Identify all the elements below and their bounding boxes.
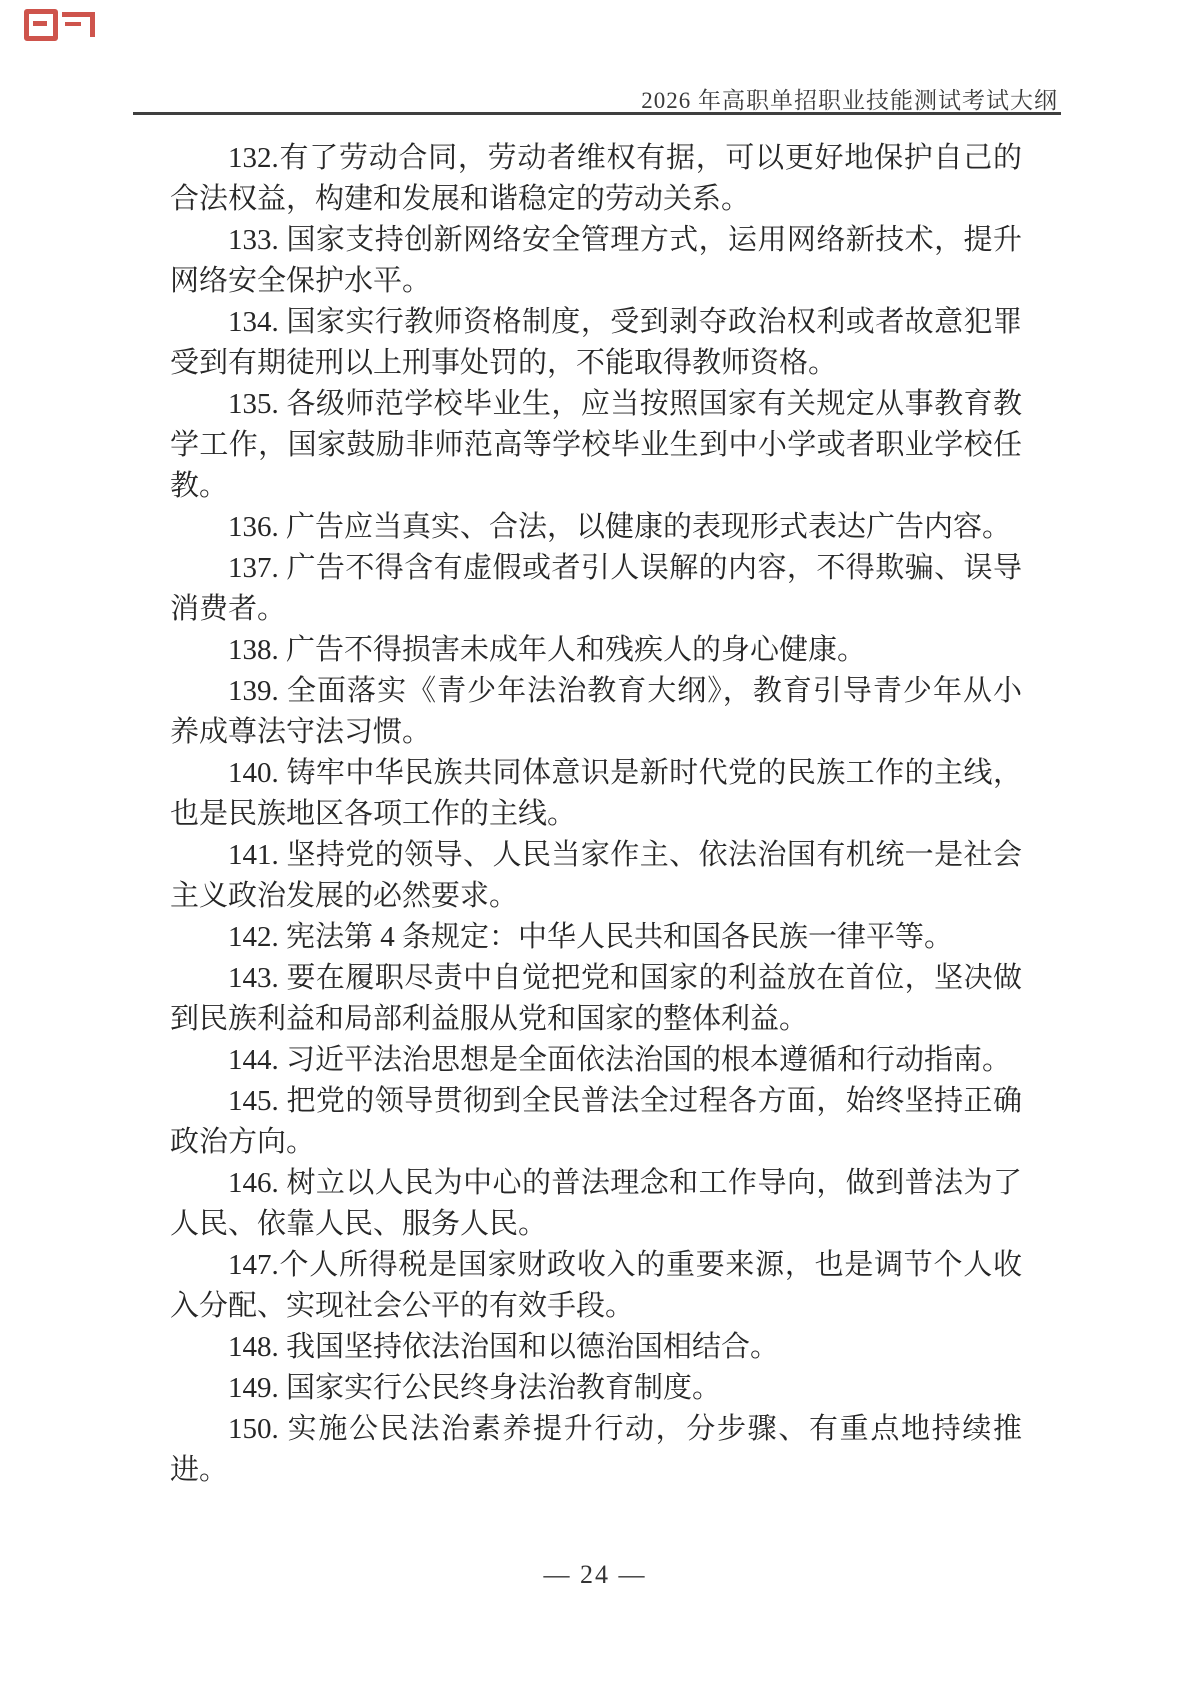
list-item: 141. 坚持党的领导、人民当家作主、依法治国有机统一是社会主义政治发展的必然要…: [170, 835, 1022, 917]
list-item: 139. 全面落实《青少年法治教育大纲》，教育引导青少年从小养成尊法守法习惯。: [170, 671, 1022, 753]
list-item: 134. 国家实行教师资格制度，受到剥夺政治权利或者故意犯罪受到有期徒刑以上刑事…: [170, 302, 1022, 384]
list-item: 145. 把党的领导贯彻到全民普法全过程各方面，始终坚持正确政治方向。: [170, 1081, 1022, 1163]
list-item: 144. 习近平法治思想是全面依法治国的根本遵循和行动指南。: [170, 1040, 1022, 1081]
list-item: 146. 树立以人民为中心的普法理念和工作导向，做到普法为了人民、依靠人民、服务…: [170, 1163, 1022, 1245]
list-item: 136. 广告应当真实、合法，以健康的表现形式表达广告内容。: [170, 507, 1022, 548]
list-item: 135. 各级师范学校毕业生，应当按照国家有关规定从事教育教学工作，国家鼓励非师…: [170, 384, 1022, 507]
list-item: 147.个人所得税是国家财政收入的重要来源，也是调节个人收入分配、实现社会公平的…: [170, 1245, 1022, 1327]
list-item: 140. 铸牢中华民族共同体意识是新时代党的民族工作的主线，也是民族地区各项工作…: [170, 753, 1022, 835]
list-item: 132.有了劳动合同，劳动者维权有据，可以更好地保护自己的合法权益，构建和发展和…: [170, 138, 1022, 220]
list-item: 138. 广告不得损害未成年人和残疾人的身心健康。: [170, 630, 1022, 671]
red-ink-mark-icon: [62, 12, 95, 37]
red-ink-mark-icon: [24, 9, 58, 41]
list-item: 148. 我国坚持依法治国和以德治国相结合。: [170, 1327, 1022, 1368]
list-item: 150. 实施公民法治素养提升行动，分步骤、有重点地持续推进。: [170, 1409, 1022, 1491]
list-item: 137. 广告不得含有虚假或者引人误解的内容，不得欺骗、误导消费者。: [170, 548, 1022, 630]
page-header-title: 2026 年高职单招职业技能测试考试大纲: [641, 82, 1058, 115]
header-divider: [133, 112, 1061, 115]
document-body: 132.有了劳动合同，劳动者维权有据，可以更好地保护自己的合法权益，构建和发展和…: [170, 138, 1022, 1491]
document-page: 2026 年高职单招职业技能测试考试大纲 132.有了劳动合同，劳动者维权有据，…: [0, 0, 1190, 1684]
list-item: 149. 国家实行公民终身法治教育制度。: [170, 1368, 1022, 1409]
list-item: 133. 国家支持创新网络安全管理方式，运用网络新技术，提升网络安全保护水平。: [170, 220, 1022, 302]
list-item: 142. 宪法第 4 条规定：中华人民共和国各民族一律平等。: [170, 917, 1022, 958]
page-number: — 24 —: [0, 1560, 1190, 1590]
list-item: 143. 要在履职尽责中自觉把党和国家的利益放在首位，坚决做到民族利益和局部利益…: [170, 958, 1022, 1040]
